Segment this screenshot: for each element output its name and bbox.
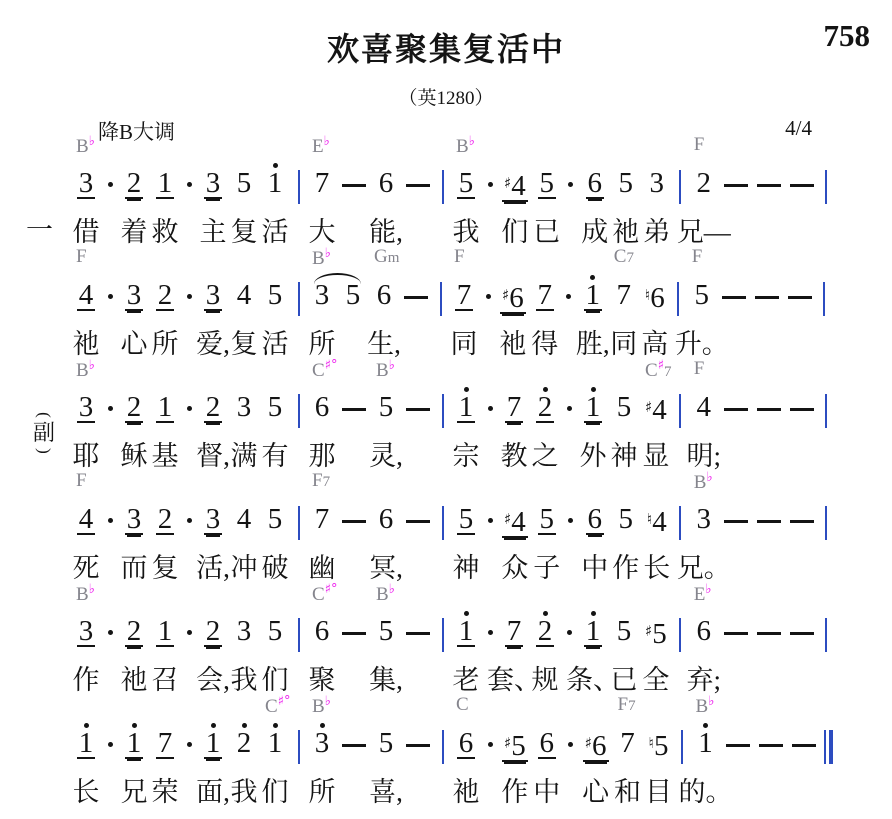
note: 6中	[535, 696, 559, 766]
chord-label: F	[76, 246, 87, 268]
note: E♭6弃;	[692, 584, 716, 654]
lyric-syllable: 而	[121, 546, 148, 585]
chord-label: C♯7	[645, 358, 671, 382]
dash	[721, 248, 747, 318]
note: 1外	[581, 360, 605, 430]
aug-dot	[564, 360, 574, 430]
lyric-syllable: 冥,	[369, 546, 403, 585]
note: ♮6高	[643, 248, 667, 318]
lyric-syllable: 会,	[196, 658, 230, 697]
chord-label: B♭	[76, 358, 95, 382]
lyric-syllable: 祂	[499, 322, 526, 361]
lyric-syllable: 教	[501, 434, 528, 473]
barline	[294, 360, 303, 430]
lyric-syllable: 兄—	[677, 210, 731, 249]
chord-label: B♭	[376, 582, 395, 606]
note: 3心	[122, 248, 146, 318]
chord-accidental: ♭	[325, 246, 331, 261]
chord-label: Gm	[374, 246, 399, 268]
note: C♯°6聚	[310, 584, 334, 654]
dash	[403, 248, 429, 318]
note: 5已	[612, 584, 636, 654]
lyric-syllable: 活	[262, 322, 289, 361]
token-row: F4祂3心2所3爱,4复5活B♭3所5Gm6生,F7同♯6祂7得1胜,C77同♮…	[74, 248, 892, 318]
chord-label: F	[694, 134, 705, 156]
lyric-syllable: 规	[532, 658, 559, 697]
note: F2兄—	[692, 136, 716, 206]
dash	[341, 360, 367, 430]
aug-dot	[485, 136, 495, 206]
note: 3主	[201, 136, 225, 206]
chord-label: B♭	[376, 358, 395, 382]
note: B♭5我	[454, 136, 478, 206]
note: 2我	[232, 696, 256, 766]
lyric-syllable: 所	[309, 322, 336, 361]
note: 5活	[263, 248, 287, 318]
dash	[341, 136, 367, 206]
chord-label: B♭	[76, 134, 95, 158]
lyric-syllable: 神	[453, 546, 480, 585]
note: Gm6生,	[372, 248, 396, 318]
lyric-syllable: 主	[200, 210, 227, 249]
dash	[789, 472, 815, 542]
chord-accidental: ♭	[706, 470, 712, 485]
lyric-syllable: 祂	[73, 322, 100, 361]
note: B♭5灵,	[374, 360, 398, 430]
lyric-syllable: 得	[531, 322, 558, 361]
token-row: F4死3而2复3活,4冲5破F77幽6冥,5神♯4众5子6中5作♮4长B♭3兄。	[74, 472, 892, 542]
aug-dot	[483, 248, 493, 318]
hymn-page: 758 欢喜聚集复活中 （英1280） 降B大调 4/4 一B♭3借2着1救3主…	[0, 0, 892, 819]
note: 5破	[263, 472, 287, 542]
note: ♮5目	[647, 696, 671, 766]
lyric-syllable: 集,	[369, 658, 403, 697]
lyric-syllable: 死	[73, 546, 100, 585]
note: 5复	[232, 136, 256, 206]
aug-dot	[184, 472, 194, 542]
chord-label: E♭	[312, 134, 330, 158]
chord-accidental: ♭	[89, 582, 95, 597]
lyric-syllable: 众	[501, 546, 528, 585]
aug-dot	[564, 584, 574, 654]
note: 5祂	[614, 136, 638, 206]
note: 6成	[583, 136, 607, 206]
verse-marker: 一	[26, 208, 53, 247]
dash	[723, 584, 749, 654]
barline	[678, 696, 687, 766]
barline	[674, 248, 683, 318]
note: B♭3借	[74, 136, 98, 206]
chord-accidental: ♭	[708, 694, 714, 709]
lyric-syllable: 复	[231, 322, 258, 361]
note: 6冥,	[374, 472, 398, 542]
token-row: B♭3借2着1救3主5复1活E♭7大6能,B♭5我♯4们5已6成5祂3弟F2兄—	[74, 136, 892, 206]
note: 1胜,	[581, 248, 605, 318]
note: 4复	[232, 248, 256, 318]
aug-dot	[184, 360, 194, 430]
note: 1兄	[122, 696, 146, 766]
aug-dot	[105, 696, 115, 766]
note-accidental: ♯	[645, 622, 651, 640]
note: B♭1的。	[694, 696, 718, 766]
note-accidental: ♯	[502, 286, 508, 304]
note: ♯6心	[583, 696, 609, 766]
lyric-syllable: 们	[262, 770, 289, 809]
chord-label: F	[76, 470, 87, 492]
lyric-syllable: 所	[152, 322, 179, 361]
lyric-syllable: 满	[231, 434, 258, 473]
lyric-syllable: 心	[582, 770, 609, 809]
lyric-syllable: 祂	[453, 770, 480, 809]
diminished-mark: °	[331, 358, 338, 373]
dash	[723, 136, 749, 206]
lyric-syllable: 兄。	[677, 546, 731, 585]
note: 2督,	[201, 360, 225, 430]
note: ♮4长	[645, 472, 669, 542]
dash	[341, 472, 367, 542]
lyric-syllable: 和	[614, 770, 641, 809]
dash	[787, 248, 813, 318]
lyric-syllable: 的。	[679, 770, 733, 809]
dash	[791, 696, 817, 766]
lyric-syllable: 外	[580, 434, 607, 473]
chord-label: B♭	[312, 694, 331, 718]
slur-group: B♭3所5	[310, 248, 365, 318]
note: E♭7大	[310, 136, 334, 206]
lyric-syllable: 基	[152, 434, 179, 473]
lyric-syllable: 稣	[121, 434, 148, 473]
dash	[756, 136, 782, 206]
dash	[723, 472, 749, 542]
music-system: F4祂3心2所3爱,4复5活B♭3所5Gm6生,F7同♯6祂7得1胜,C77同♮…	[0, 248, 892, 360]
chord-label: F	[454, 246, 465, 268]
lyric-syllable: 能,	[369, 210, 403, 249]
note: 7荣	[153, 696, 177, 766]
lyric-syllable: 长	[643, 546, 670, 585]
lyric-syllable: 耶	[73, 434, 100, 473]
note: 5	[341, 248, 365, 318]
lyric-syllable: 生,	[367, 322, 401, 361]
note: 1宗	[454, 360, 478, 430]
note: 1召	[153, 584, 177, 654]
note: ♯6祂	[500, 248, 526, 318]
note: 2会,	[201, 584, 225, 654]
note: 2着	[122, 136, 146, 206]
final-barline	[824, 696, 834, 766]
aug-dot	[485, 696, 495, 766]
chord-accidental: ♭	[389, 582, 395, 597]
chord-accidental: ♭	[469, 134, 475, 149]
note: F4明;	[692, 360, 716, 430]
barline	[436, 248, 445, 318]
chord-accidental: ♭	[89, 358, 95, 373]
note: 3我	[232, 584, 256, 654]
note: 2祂	[122, 584, 146, 654]
refrain-marker: (副)	[28, 410, 60, 456]
aug-dot	[564, 248, 574, 318]
note: C♯7♯4显	[643, 360, 669, 430]
note: C♯°1们	[263, 696, 287, 766]
lyric-syllable: 成	[581, 210, 608, 249]
note: 4冲	[232, 472, 256, 542]
chord-label: F7	[312, 470, 330, 492]
note-accidental: ♯	[645, 398, 651, 416]
lyric-syllable: 荣	[152, 770, 179, 809]
dash	[405, 136, 431, 206]
aug-dot	[105, 136, 115, 206]
lyric-syllable: 祂	[612, 210, 639, 249]
note: B♭3所	[310, 248, 334, 318]
token-row: B♭3耶2稣1基2督,3满5有C♯°6那B♭5灵,1宗7教2之1外5神C♯7♯4…	[74, 360, 892, 430]
chord-accidental: ♭	[89, 134, 95, 149]
note-accidental: ♯	[585, 734, 591, 752]
lyric-syllable: 神	[611, 434, 638, 473]
lyric-syllable: 我	[453, 210, 480, 249]
lyric-syllable: 已	[611, 658, 638, 697]
barline	[822, 360, 831, 430]
note: 2之	[533, 360, 557, 430]
music-system: B♭3作2祂1召2会,3我5们C♯°6聚B♭5集,1老7套、2规1条、5已♯5全…	[0, 584, 892, 696]
note: ♯4们	[502, 136, 528, 206]
lyric-syllable: 兄	[121, 770, 148, 809]
dash	[405, 360, 431, 430]
note: F77和	[616, 696, 640, 766]
lyric-syllable: 们	[501, 210, 528, 249]
barline	[294, 248, 303, 318]
note: 2稣	[122, 360, 146, 430]
note: B♭5集,	[374, 584, 398, 654]
lyric-syllable: 祂	[121, 658, 148, 697]
dash	[756, 360, 782, 430]
note: C6祂	[454, 696, 478, 766]
chord-label: C7	[614, 246, 634, 268]
note: 2复	[153, 472, 177, 542]
barline	[822, 584, 831, 654]
barline	[438, 472, 447, 542]
lyric-syllable: 胜,	[576, 322, 610, 361]
aug-dot	[485, 360, 495, 430]
aug-dot	[184, 136, 194, 206]
note: 5喜,	[374, 696, 398, 766]
lyric-syllable: 们	[262, 658, 289, 697]
barline	[438, 696, 447, 766]
lyric-syllable: 作	[73, 658, 100, 697]
note: ♯5全	[643, 584, 669, 654]
note: 5神	[612, 360, 636, 430]
note: 3满	[232, 360, 256, 430]
note: 2规	[533, 584, 557, 654]
note-accidental: ♮	[647, 510, 651, 528]
chord-label: B♭	[696, 694, 715, 718]
lyric-syllable: 长	[73, 770, 100, 809]
chord-accidental: ♭	[389, 358, 395, 373]
note: 7得	[533, 248, 557, 318]
chord-label: B♭	[456, 134, 475, 158]
chord-label: C	[456, 694, 469, 716]
token-row: 1长1兄7荣1面,2我C♯°1们B♭3所5喜,C6祂♯5作6中♯6心F77和♮5…	[74, 696, 892, 766]
chord-label: C♯°	[265, 694, 290, 718]
dash	[789, 584, 815, 654]
barline	[438, 136, 447, 206]
aug-dot	[566, 472, 576, 542]
note: 7教	[502, 360, 526, 430]
lyric-syllable: 幽	[309, 546, 336, 585]
note: B♭3所	[310, 696, 334, 766]
barline	[676, 472, 685, 542]
lyric-syllable: 喜,	[369, 770, 403, 809]
barline	[294, 472, 303, 542]
dash	[341, 696, 367, 766]
lyric-syllable: 我	[231, 658, 258, 697]
dash	[756, 584, 782, 654]
barline	[438, 360, 447, 430]
aug-dot	[566, 136, 576, 206]
aug-dot	[105, 584, 115, 654]
lyric-syllable: 借	[73, 210, 100, 249]
lyric-syllable: 所	[309, 770, 336, 809]
lyric-syllable: 明;	[687, 434, 722, 473]
lyric-syllable: 目	[645, 770, 672, 809]
music-system: F4死3而2复3活,4冲5破F77幽6冥,5神♯4众5子6中5作♮4长B♭3兄。	[0, 472, 892, 584]
barline	[820, 248, 829, 318]
lyric-syllable: 弟	[643, 210, 670, 249]
note: 5子	[535, 472, 559, 542]
dash	[723, 360, 749, 430]
aug-dot	[485, 584, 495, 654]
note: F4死	[74, 472, 98, 542]
lyric-syllable: 升。	[675, 322, 729, 361]
lyric-syllable: 弃;	[687, 658, 722, 697]
barline	[294, 136, 303, 206]
lyric-syllable: 灵,	[369, 434, 403, 473]
note: 1条、	[581, 584, 605, 654]
dash	[789, 360, 815, 430]
note: F77幽	[310, 472, 334, 542]
lyric-syllable: 心	[121, 322, 148, 361]
lyric-syllable: 爱,	[196, 322, 230, 361]
dash	[758, 696, 784, 766]
aug-dot	[184, 696, 194, 766]
note: 5有	[263, 360, 287, 430]
note: 5神	[454, 472, 478, 542]
barline	[822, 136, 831, 206]
note: ♯5作	[502, 696, 528, 766]
barline	[294, 696, 303, 766]
music-system: 1长1兄7荣1面,2我C♯°1们B♭3所5喜,C6祂♯5作6中♯6心F77和♮5…	[0, 696, 892, 808]
note: C♯°6那	[310, 360, 334, 430]
dash	[725, 696, 751, 766]
dash	[754, 248, 780, 318]
lyric-syllable: 活,	[196, 546, 230, 585]
barline	[822, 472, 831, 542]
note: 6能,	[374, 136, 398, 206]
aug-dot	[184, 584, 194, 654]
lyric-syllable: 作	[501, 770, 528, 809]
barline	[438, 584, 447, 654]
note-accidental: ♯	[504, 510, 510, 528]
barline	[676, 136, 685, 206]
note: 3而	[122, 472, 146, 542]
note-accidental: ♮	[645, 286, 649, 304]
note: 3活,	[201, 472, 225, 542]
lyric-syllable: 同	[451, 322, 478, 361]
lyric-syllable: 同	[610, 322, 637, 361]
note: 5作	[614, 472, 638, 542]
score: 一B♭3借2着1救3主5复1活E♭7大6能,B♭5我♯4们5已6成5祂3弟F2兄…	[0, 136, 892, 808]
note-accidental: ♯	[504, 174, 510, 192]
lyric-syllable: 复	[231, 210, 258, 249]
note: B♭3作	[74, 584, 98, 654]
note: 1活	[263, 136, 287, 206]
music-system: (副)B♭3耶2稣1基2督,3满5有C♯°6那B♭5灵,1宗7教2之1外5神C♯…	[0, 360, 892, 472]
note: 6中	[583, 472, 607, 542]
lyric-syllable: 召	[152, 658, 179, 697]
lyric-syllable: 老	[453, 658, 480, 697]
lyric-syllable: 宗	[453, 434, 480, 473]
note: 1长	[74, 696, 98, 766]
lyric-syllable: 救	[152, 210, 179, 249]
chord-label: E♭	[694, 582, 712, 606]
barline	[676, 360, 685, 430]
hymn-number: 758	[824, 18, 871, 54]
dash	[405, 472, 431, 542]
chord-label: B♭	[76, 582, 95, 606]
note-accidental: ♯	[504, 734, 510, 752]
note: 1老	[454, 584, 478, 654]
note: F7同	[452, 248, 476, 318]
lyric-syllable: 中	[533, 770, 560, 809]
aug-dot	[485, 472, 495, 542]
barline	[676, 584, 685, 654]
lyric-syllable: 那	[309, 434, 336, 473]
hymn-subtitle: （英1280）	[0, 83, 892, 110]
lyric-syllable: 高	[641, 322, 668, 361]
lyric-syllable: 冲	[231, 546, 258, 585]
dash	[405, 584, 431, 654]
aug-dot	[105, 360, 115, 430]
lyric-syllable: 我	[231, 770, 258, 809]
note: F5升。	[690, 248, 714, 318]
chord-label: B♭	[312, 246, 331, 270]
lyric-syllable: 着	[121, 210, 148, 249]
chord-label: F	[692, 246, 703, 268]
chord-accidental: ♭	[325, 694, 331, 709]
lyric-syllable: 破	[262, 546, 289, 585]
lyric-syllable: 督,	[196, 434, 230, 473]
lyric-syllable: 聚	[309, 658, 336, 697]
lyric-syllable: 面,	[196, 770, 230, 809]
chord-label: C♯°	[312, 358, 337, 382]
note: B♭3兄。	[692, 472, 716, 542]
chord-label: C♯°	[312, 582, 337, 606]
lyric-syllable: 有	[262, 434, 289, 473]
note: 2所	[153, 248, 177, 318]
note: B♭3耶	[74, 360, 98, 430]
aug-dot	[184, 248, 194, 318]
aug-dot	[105, 248, 115, 318]
note: 3弟	[645, 136, 669, 206]
music-system: 一B♭3借2着1救3主5复1活E♭7大6能,B♭5我♯4们5已6成5祂3弟F2兄…	[0, 136, 892, 248]
dash	[341, 584, 367, 654]
lyric-syllable: 之	[532, 434, 559, 473]
note: F4祂	[74, 248, 98, 318]
chord-accidental: ♭	[705, 582, 711, 597]
lyric-syllable: 全	[642, 658, 669, 697]
chord-label: F7	[618, 694, 636, 716]
dash	[789, 136, 815, 206]
note: ♯4众	[502, 472, 528, 542]
note: 1基	[153, 360, 177, 430]
